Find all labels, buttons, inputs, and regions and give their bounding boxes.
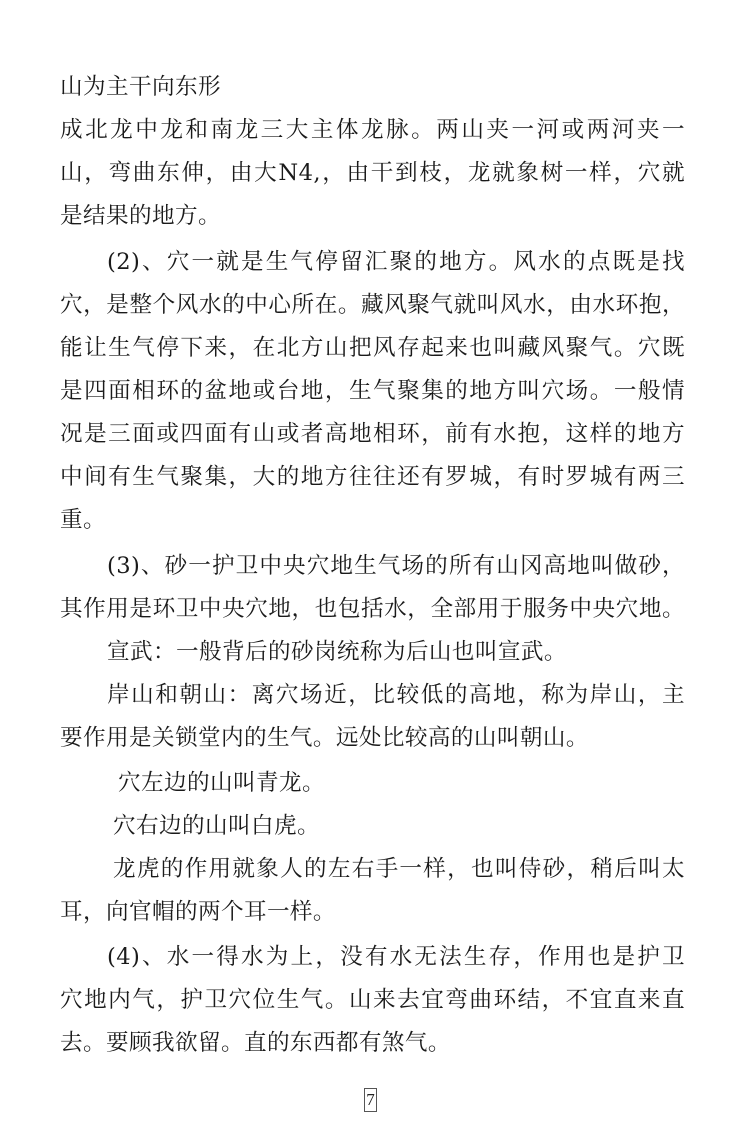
paragraph-heading-line: (3)、砂一护卫中央穴地生气场的所有山冈高地叫做砂，	[107, 553, 685, 579]
page-number: 7	[364, 1088, 377, 1112]
text-line: 是四面相环的盆地或台地，生气聚集的地方叫穴场。一般情	[60, 378, 685, 404]
text-line: 龙虎的作用就象人的左右手一样，也叫侍砂，稍后叫太	[113, 856, 685, 882]
text-line: 穴右边的山叫白虎。	[113, 813, 685, 839]
text-line: 山，弯曲东伸，由大N4,，由干到枝，龙就象树一样，穴就	[60, 160, 685, 186]
document-page: 山为主干向东形 成北龙中龙和南龙三大主体龙脉。两山夹一河或两河夹一 山，弯曲东伸…	[0, 0, 747, 1146]
text-line: 穴地内气，护卫穴位生气。山来去宜弯曲环结，不宜直来直	[60, 987, 685, 1013]
text-line: 山为主干向东形	[60, 74, 685, 100]
text-line: 况是三面或四面有山或者高地相环，前有水抱，这样的地方	[60, 421, 685, 447]
text-line: 宣武：一般背后的砂岗统称为后山也叫宣武。	[107, 639, 685, 665]
paragraph-heading-line: (4)、水一得水为上，没有水无法生存，作用也是护卫	[107, 944, 685, 970]
text-line: 去。要顾我欲留。直的东西都有煞气。	[60, 1030, 685, 1056]
text-line: 其作用是环卫中央穴地，也包括水，全部用于服务中央穴地。	[60, 596, 685, 622]
text-line: 成北龙中龙和南龙三大主体龙脉。两山夹一河或两河夹一	[60, 117, 685, 143]
text-line: 能让生气停下来，在北方山把风存起来也叫藏风聚气。穴既	[60, 335, 685, 361]
paragraph-heading-line: (2)、穴一就是生气停留汇聚的地方。风水的点既是找	[107, 249, 685, 275]
text-line: 是结果的地方。	[60, 203, 685, 229]
text-line: 岸山和朝山：离穴场近，比较低的高地，称为岸山，主	[107, 682, 685, 708]
text-line: 穴左边的山叫青龙。	[118, 770, 685, 796]
text-line: 重。	[60, 507, 685, 533]
text-line: 中间有生气聚集，大的地方往往还有罗城，有时罗城有两三	[60, 464, 685, 490]
text-line: 穴，是整个风水的中心所在。藏风聚气就叫风水，由水环抱，	[60, 292, 685, 318]
text-line: 耳，向官帽的两个耳一样。	[60, 899, 685, 925]
text-line: 要作用是关锁堂内的生气。远处比较高的山叫朝山。	[60, 725, 685, 751]
